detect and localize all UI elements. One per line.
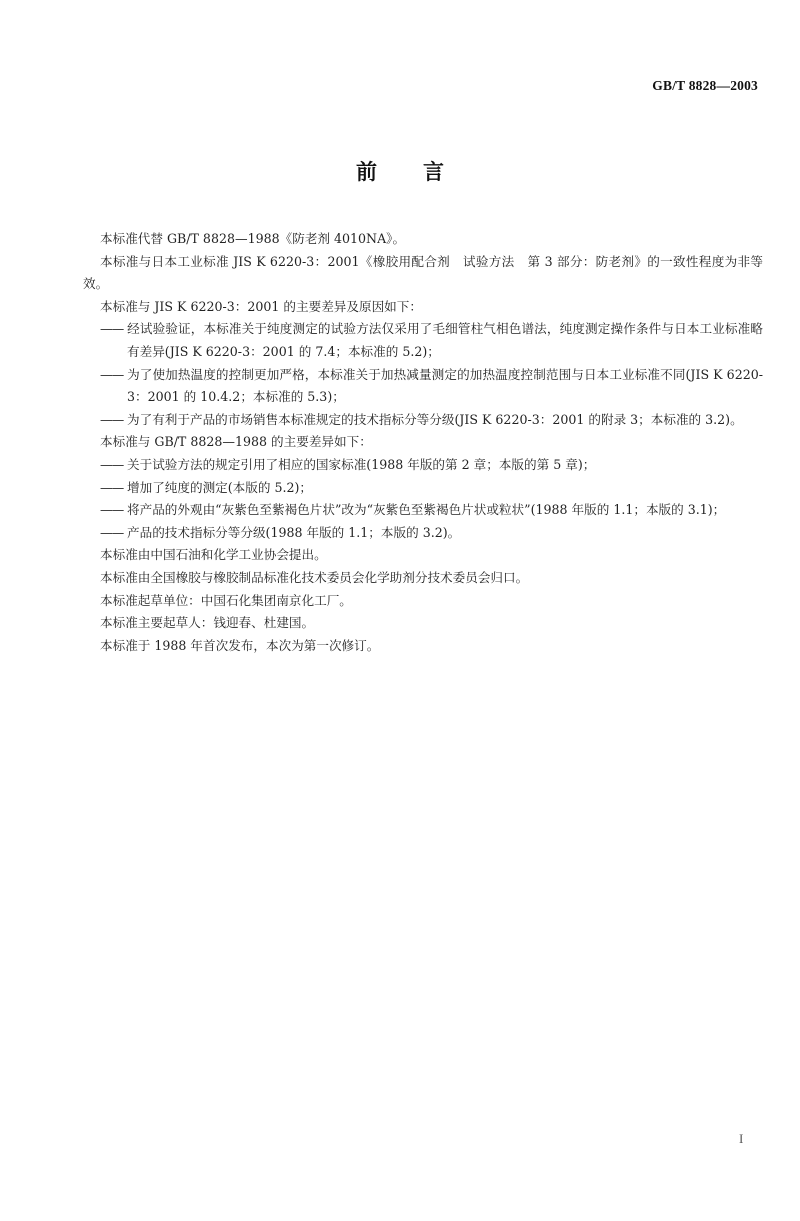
paragraph-gb-differences: 本标准与 GB/T 8828—1988 的主要差异如下： bbox=[83, 431, 763, 454]
list-item-text: 关于试验方法的规定引用了相应的国家标准(1988 年版的第 2 章；本版的第 5… bbox=[127, 457, 595, 472]
page-title: 前言 bbox=[0, 156, 800, 186]
list-item: ——经试验验证，本标准关于纯度测定的试验方法仅采用了毛细管柱气相色谱法，纯度测定… bbox=[83, 318, 763, 363]
paragraph-drafters: 本标准主要起草人：钱迎春、杜建国。 bbox=[83, 612, 763, 635]
list-item-text: 经试验验证，本标准关于纯度测定的试验方法仅采用了毛细管柱气相色谱法，纯度测定操作… bbox=[127, 321, 763, 359]
list-item-text: 为了有利于产品的市场销售本标准规定的技术指标分等分级(JIS K 6220-3：… bbox=[127, 412, 743, 427]
dash-marker: —— bbox=[100, 522, 127, 545]
foreword-body: 本标准代替 GB/T 8828—1988《防老剂 4010NA》。 本标准与日本… bbox=[83, 228, 763, 657]
paragraph-history: 本标准于 1988 年首次发布，本次为第一次修订。 bbox=[83, 635, 763, 658]
list-item-text: 为了使加热温度的控制更加严格，本标准关于加热减量测定的加热温度控制范围与日本工业… bbox=[127, 367, 763, 405]
paragraph-administered-by: 本标准由全国橡胶与橡胶制品标准化技术委员会化学助剂分技术委员会归口。 bbox=[83, 567, 763, 590]
list-item: ——关于试验方法的规定引用了相应的国家标准(1988 年版的第 2 章；本版的第… bbox=[83, 454, 763, 477]
paragraph-supersedes: 本标准代替 GB/T 8828—1988《防老剂 4010NA》。 bbox=[83, 228, 763, 251]
list-item-text: 将产品的外观由“灰紫色至紫褐色片状”改为“灰紫色至紫褐色片状或粒状”(1988 … bbox=[127, 502, 725, 517]
list-item: ——为了使加热温度的控制更加严格，本标准关于加热减量测定的加热温度控制范围与日本… bbox=[83, 364, 763, 409]
paragraph-jis-differences: 本标准与 JIS K 6220-3：2001 的主要差异及原因如下： bbox=[83, 296, 763, 319]
title-char-2: 言 bbox=[423, 156, 444, 186]
list-item: ——增加了纯度的测定(本版的 5.2)； bbox=[83, 477, 763, 500]
dash-marker: —— bbox=[100, 499, 127, 522]
paragraph-proposed-by: 本标准由中国石油和化学工业协会提出。 bbox=[83, 544, 763, 567]
list-item: ——将产品的外观由“灰紫色至紫褐色片状”改为“灰紫色至紫褐色片状或粒状”(198… bbox=[83, 499, 763, 522]
dash-marker: —— bbox=[100, 318, 127, 341]
dash-marker: —— bbox=[100, 454, 127, 477]
paragraph-drafting-unit: 本标准起草单位：中国石化集团南京化工厂。 bbox=[83, 590, 763, 613]
dash-marker: —— bbox=[100, 477, 127, 500]
list-item-text: 增加了纯度的测定(本版的 5.2)； bbox=[127, 480, 312, 495]
standard-code: GB/T 8828—2003 bbox=[652, 78, 758, 94]
dash-marker: —— bbox=[100, 364, 127, 387]
title-char-1: 前 bbox=[356, 156, 377, 186]
list-item: ——产品的技术指标分等分级(1988 年版的 1.1；本版的 3.2)。 bbox=[83, 522, 763, 545]
paragraph-equivalence: 本标准与日本工业标准 JIS K 6220-3：2001《橡胶用配合剂 试验方法… bbox=[83, 251, 763, 296]
list-item: ——为了有利于产品的市场销售本标准规定的技术指标分等分级(JIS K 6220-… bbox=[83, 409, 763, 432]
page-number: I bbox=[739, 1131, 743, 1147]
dash-marker: —— bbox=[100, 409, 127, 432]
list-item-text: 产品的技术指标分等分级(1988 年版的 1.1；本版的 3.2)。 bbox=[127, 525, 460, 540]
